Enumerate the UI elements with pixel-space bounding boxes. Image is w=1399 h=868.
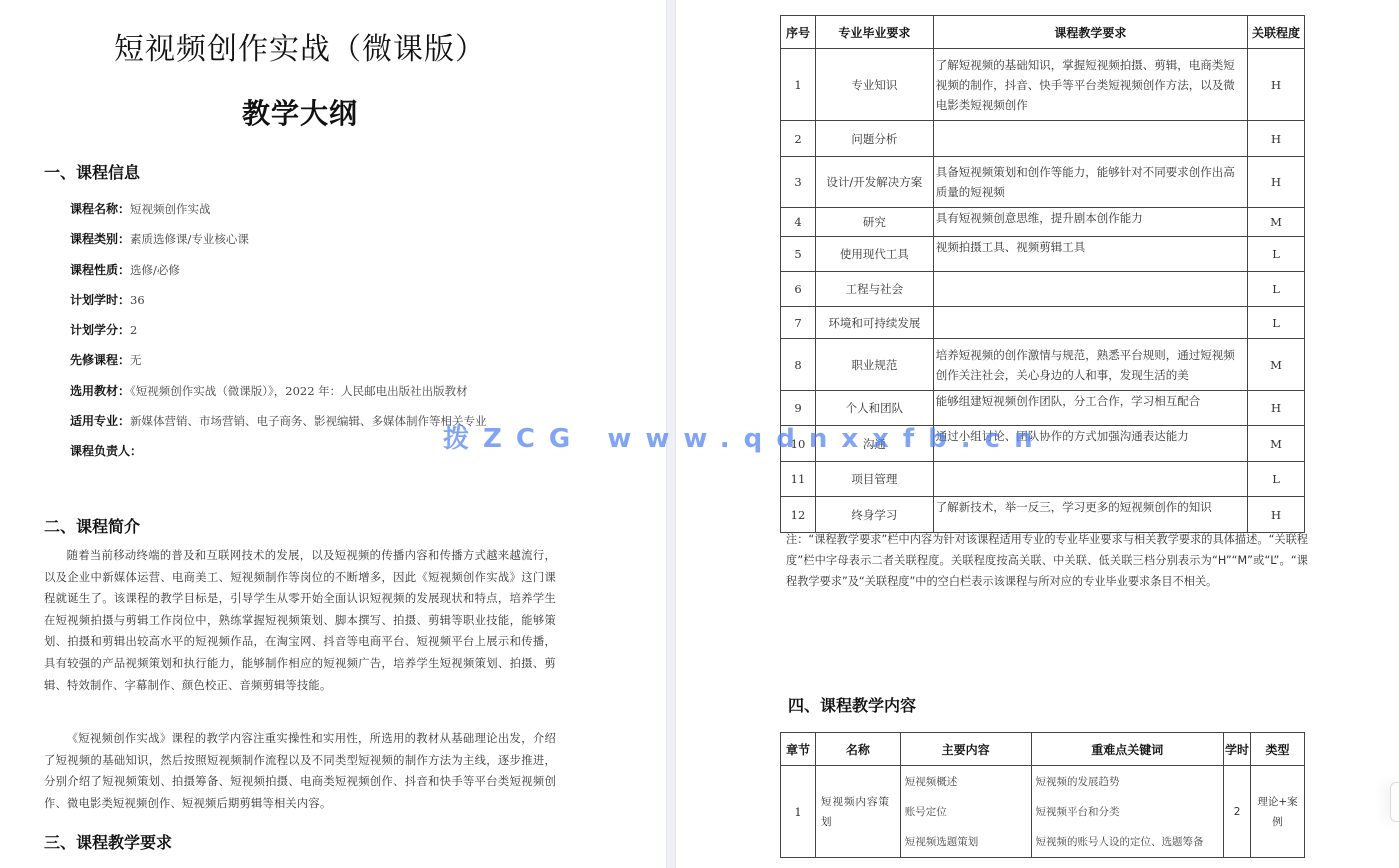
side-float-button[interactable]: [1390, 782, 1399, 822]
table-row: 1 短视频内容策划 短视频概述 账号定位 短视频选题策划 短视频的发展趋势 短视…: [781, 766, 1305, 858]
info-value: 《短视频创作实战（微课版）》，2022 年：人民邮电出版社出版教材: [130, 384, 468, 398]
row-graduation-req: 问题分析: [815, 121, 933, 157]
info-label: 计划学时：: [70, 293, 130, 307]
info-label: 计划学分：: [70, 323, 130, 337]
info-value: 选修/必修: [130, 263, 180, 277]
info-row-course-category: 课程类别：素质选修课/专业核心课: [70, 230, 487, 260]
row-teaching-req: 具备短视频策划和创作等能力，能够针对不同要求创作出高质量的短视频: [933, 157, 1247, 208]
table-row: 2 问题分析 H: [781, 121, 1305, 157]
info-label: 课程名称：: [70, 202, 130, 216]
info-row-planned-hours: 计划学时：36: [70, 291, 487, 321]
row-teaching-req: [933, 121, 1247, 157]
row-teaching-req: [933, 272, 1247, 307]
table-row: 3 设计/开发解决方案 具备短视频策划和创作等能力，能够针对不同要求创作出高质量…: [781, 157, 1305, 208]
row-teaching-req: 了解短视频的基础知识，掌握短视频拍摄、剪辑，电商类短视频的制作，抖音、快手等平台…: [933, 49, 1247, 121]
content-item: 短视频选题策划: [901, 827, 1031, 857]
row-no: 3: [781, 157, 816, 208]
table-row: 4 研究 具有短视频创意思维，提升剧本创作能力 M: [781, 208, 1305, 237]
info-value: 新媒体营销、市场营销、电子商务、影视编辑、多媒体制作等相关专业: [130, 414, 487, 428]
keyword-item: 短视频的发展趋势: [1032, 767, 1224, 797]
row-no: 4: [781, 208, 816, 237]
row-no: 10: [781, 426, 816, 462]
row-graduation-req: 设计/开发解决方案: [815, 157, 933, 208]
row-graduation-req: 环境和可持续发展: [815, 307, 933, 339]
table-row: 7 环境和可持续发展 L: [781, 307, 1305, 339]
row-relevance: L: [1248, 307, 1305, 339]
requirements-table-note: 注：“课程教学要求”栏中内容为针对该课程适用专业的专业毕业要求与相关教学要求的具…: [786, 529, 1308, 592]
row-no: 12: [781, 497, 816, 533]
row-main-content: 短视频概述 账号定位 短视频选题策划: [900, 766, 1031, 858]
keyword-item: 短视频平台和分类: [1032, 797, 1224, 827]
section-heading-course-intro: 二、课程简介: [44, 514, 140, 537]
row-graduation-req: 终身学习: [815, 497, 933, 533]
col-header-hours: 学时: [1224, 733, 1251, 766]
info-value: 短视频创作实战: [130, 202, 211, 216]
section-heading-teaching-requirements: 三、课程教学要求: [44, 830, 172, 853]
row-chapter: 1: [781, 766, 816, 858]
table-row: 8 职业规范 培养短视频的创作激情与规范，熟悉平台规则，通过短视频创作关注社会，…: [781, 339, 1305, 391]
row-relevance: H: [1248, 391, 1305, 426]
document-title: 短视频创作实战（微课版）: [0, 24, 600, 68]
info-row-course-nature: 课程性质：选修/必修: [70, 261, 487, 291]
section-heading-teaching-content: 四、课程教学内容: [788, 693, 916, 716]
info-row-prerequisite: 先修课程：无: [70, 351, 487, 381]
row-no: 8: [781, 339, 816, 391]
row-no: 7: [781, 307, 816, 339]
row-type: 理论+案例: [1251, 766, 1305, 858]
table-header-row: 章节 名称 主要内容 重难点关键词 学时 类型: [781, 733, 1305, 766]
col-header-no: 序号: [781, 16, 816, 49]
row-teaching-req: [933, 307, 1247, 339]
teaching-content-table: 章节 名称 主要内容 重难点关键词 学时 类型 1 短视频内容策划 短视频概述 …: [780, 732, 1305, 858]
info-row-planned-credits: 计划学分：2: [70, 321, 487, 351]
info-value: 2: [130, 323, 137, 337]
table-header-row: 序号 专业毕业要求 课程教学要求 关联程度: [781, 16, 1305, 49]
col-header-keywords: 重难点关键词: [1031, 733, 1224, 766]
info-row-majors: 适用专业：新媒体营销、市场营销、电子商务、影视编辑、多媒体制作等相关专业: [70, 412, 487, 442]
row-teaching-req: 能够组建短视频创作团队，分工合作，学习相互配合: [933, 391, 1247, 426]
col-header-teaching-req: 课程教学要求: [933, 16, 1247, 49]
table-row: 6 工程与社会 L: [781, 272, 1305, 307]
row-no: 9: [781, 391, 816, 426]
course-info-list: 课程名称：短视频创作实战 课程类别：素质选修课/专业核心课 课程性质：选修/必修…: [70, 200, 487, 473]
table-row: 9 个人和团队 能够组建短视频创作团队，分工合作，学习相互配合 H: [781, 391, 1305, 426]
page-separator: [666, 0, 676, 868]
row-relevance: L: [1248, 462, 1305, 497]
info-row-textbook: 选用教材：《短视频创作实战（微课版）》，2022 年：人民邮电出版社出版教材: [70, 382, 487, 412]
row-relevance: H: [1248, 121, 1305, 157]
row-relevance: H: [1248, 157, 1305, 208]
row-teaching-req: [933, 462, 1247, 497]
col-header-name: 名称: [815, 733, 900, 766]
row-relevance: L: [1248, 237, 1305, 272]
section-heading-course-info: 一、课程信息: [44, 160, 140, 183]
info-label: 课程类别：: [70, 232, 130, 246]
row-relevance: M: [1248, 426, 1305, 462]
row-graduation-req: 研究: [815, 208, 933, 237]
row-no: 5: [781, 237, 816, 272]
table-row: 12 终身学习 了解新技术，举一反三，学习更多的短视频创作的知识 H: [781, 497, 1305, 533]
info-value: 无: [130, 353, 142, 367]
content-item: 账号定位: [901, 797, 1031, 827]
table-row: 5 使用现代工具 视频拍摄工具、视频剪辑工具 L: [781, 237, 1305, 272]
row-name: 短视频内容策划: [815, 766, 900, 858]
row-relevance: M: [1248, 339, 1305, 391]
row-graduation-req: 使用现代工具: [815, 237, 933, 272]
intro-paragraph-1: 随着当前移动终端的普及和互联网技术的发展，以及短视频的传播内容和传播方式越来越流…: [44, 545, 556, 696]
col-header-type: 类型: [1251, 733, 1305, 766]
document-page-left: 短视频创作实战（微课版） 教学大纲 一、课程信息 课程名称：短视频创作实战 课程…: [0, 0, 666, 868]
row-teaching-req: 视频拍摄工具、视频剪辑工具: [933, 237, 1247, 272]
col-header-main-content: 主要内容: [900, 733, 1031, 766]
info-label: 适用专业：: [70, 414, 130, 428]
row-hours: 2: [1224, 766, 1251, 858]
row-teaching-req: 培养短视频的创作激情与规范，熟悉平台规则，通过短视频创作关注社会，关心身边的人和…: [933, 339, 1247, 391]
row-relevance: H: [1248, 49, 1305, 121]
row-no: 11: [781, 462, 816, 497]
row-relevance: H: [1248, 497, 1305, 533]
col-header-graduation-req: 专业毕业要求: [815, 16, 933, 49]
table-row: 10 沟通 通过小组讨论、团队协作的方式加强沟通表达能力 M: [781, 426, 1305, 462]
row-relevance: L: [1248, 272, 1305, 307]
table-row: 11 项目管理 L: [781, 462, 1305, 497]
row-relevance: M: [1248, 208, 1305, 237]
info-row-course-lead: 课程负责人：: [70, 442, 487, 472]
content-item: 短视频概述: [901, 767, 1031, 797]
row-no: 1: [781, 49, 816, 121]
intro-paragraph-2: 《短视频创作实战》课程的教学内容注重实操性和实用性，所选用的教材从基础理论出发，…: [44, 728, 556, 814]
info-label: 课程性质：: [70, 263, 130, 277]
col-header-relevance: 关联程度: [1248, 16, 1305, 49]
document-subtitle: 教学大纲: [0, 92, 600, 132]
info-value: 36: [130, 293, 145, 307]
info-row-course-name: 课程名称：短视频创作实战: [70, 200, 487, 230]
row-teaching-req: 通过小组讨论、团队协作的方式加强沟通表达能力: [933, 426, 1247, 462]
row-graduation-req: 个人和团队: [815, 391, 933, 426]
requirements-table: 序号 专业毕业要求 课程教学要求 关联程度 1 专业知识 了解短视频的基础知识，…: [780, 15, 1305, 533]
row-graduation-req: 项目管理: [815, 462, 933, 497]
keyword-item: 短视频的账号人设的定位、选题筹备: [1032, 827, 1224, 857]
row-graduation-req: 职业规范: [815, 339, 933, 391]
row-keywords: 短视频的发展趋势 短视频平台和分类 短视频的账号人设的定位、选题筹备: [1031, 766, 1224, 858]
row-graduation-req: 沟通: [815, 426, 933, 462]
table-row: 1 专业知识 了解短视频的基础知识，掌握短视频拍摄、剪辑，电商类短视频的制作，抖…: [781, 49, 1305, 121]
info-label: 选用教材：: [70, 384, 130, 398]
col-header-chapter: 章节: [781, 733, 816, 766]
row-graduation-req: 工程与社会: [815, 272, 933, 307]
row-no: 6: [781, 272, 816, 307]
info-label: 先修课程：: [70, 353, 130, 367]
row-teaching-req: 具有短视频创意思维，提升剧本创作能力: [933, 208, 1247, 237]
row-teaching-req: 了解新技术，举一反三，学习更多的短视频创作的知识: [933, 497, 1247, 533]
row-no: 2: [781, 121, 816, 157]
row-graduation-req: 专业知识: [815, 49, 933, 121]
info-label: 课程负责人：: [70, 444, 142, 458]
info-value: 素质选修课/专业核心课: [130, 232, 249, 246]
